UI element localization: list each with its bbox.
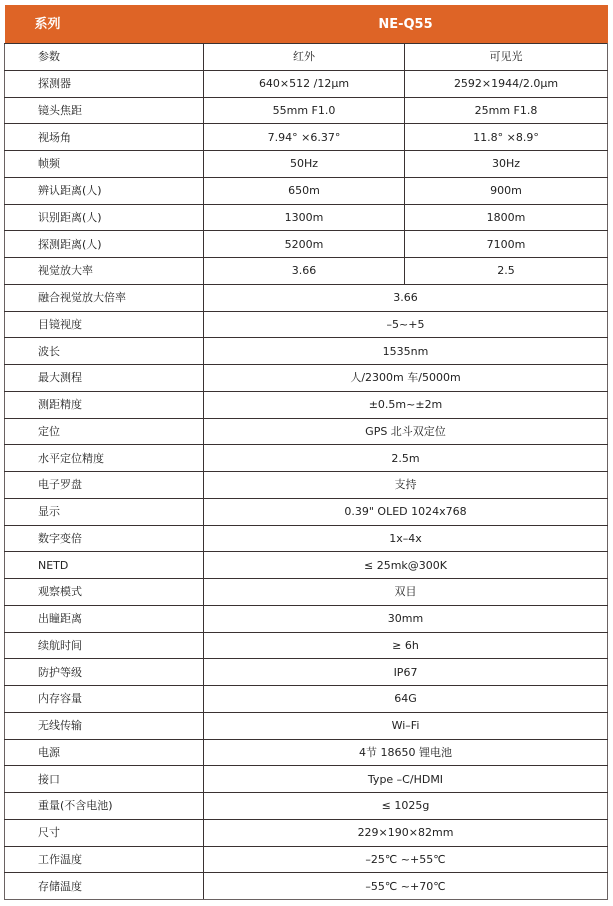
series-header-row: 系列 NE-Q55 [5, 5, 608, 44]
row-value: 人/2300m 车/5000m [204, 365, 608, 392]
table-row: 探测距离(人)5200m7100m [5, 231, 608, 258]
row-value: IP67 [204, 659, 608, 686]
row-value: ≤ 1025g [204, 793, 608, 820]
row-value: 1535nm [204, 338, 608, 365]
table-row: 水平定位精度2.5m [5, 445, 608, 472]
infrared-value: 7.94° ×6.37° [204, 124, 405, 151]
row-label: 波长 [5, 338, 204, 365]
row-label: 探测距离(人) [5, 231, 204, 258]
infrared-value: 5200m [204, 231, 405, 258]
infrared-value: 640×512 /12μm [204, 70, 405, 97]
row-label: 尺寸 [5, 819, 204, 846]
row-value: –55℃ ~+70℃ [204, 873, 608, 900]
row-label: 显示 [5, 498, 204, 525]
row-value: ±0.5m~±2m [204, 391, 608, 418]
infrared-value: 650m [204, 177, 405, 204]
table-row: 电子罗盘支持 [5, 472, 608, 499]
infrared-value: 50Hz [204, 151, 405, 178]
row-value: 2.5m [204, 445, 608, 472]
row-value: Wi–Fi [204, 712, 608, 739]
row-value: 229×190×82mm [204, 819, 608, 846]
row-label: 接口 [5, 766, 204, 793]
table-row: 观察模式双目 [5, 579, 608, 606]
column-header-row: 参数 红外 可见光 [5, 44, 608, 71]
row-value: 双目 [204, 579, 608, 606]
row-value: 64G [204, 686, 608, 713]
row-value: GPS 北斗双定位 [204, 418, 608, 445]
table-row: 显示0.39" OLED 1024x768 [5, 498, 608, 525]
table-row: 工作温度–25℃ ~+55℃ [5, 846, 608, 873]
model-name: NE-Q55 [204, 5, 608, 44]
row-label: 续航时间 [5, 632, 204, 659]
table-row: 电源4节 18650 锂电池 [5, 739, 608, 766]
series-label: 系列 [5, 5, 204, 44]
table-row: 防护等级IP67 [5, 659, 608, 686]
row-value: 0.39" OLED 1024x768 [204, 498, 608, 525]
visible-value: 900m [405, 177, 608, 204]
row-label: 防护等级 [5, 659, 204, 686]
row-label: 探测器 [5, 70, 204, 97]
table-row: 存储温度–55℃ ~+70℃ [5, 873, 608, 900]
row-value: ≤ 25mk@300K [204, 552, 608, 579]
table-row: 视觉放大率3.662.5 [5, 258, 608, 285]
table-row: 探测器640×512 /12μm2592×1944/2.0μm [5, 70, 608, 97]
param-header: 参数 [5, 44, 204, 71]
visible-value: 7100m [405, 231, 608, 258]
visible-header: 可见光 [405, 44, 608, 71]
row-label: 视觉放大率 [5, 258, 204, 285]
row-value: 1x–4x [204, 525, 608, 552]
row-value: 3.66 [204, 284, 608, 311]
table-row: 定位GPS 北斗双定位 [5, 418, 608, 445]
table-row: 重量(不含电池)≤ 1025g [5, 793, 608, 820]
spec-table: 系列 NE-Q55 参数 红外 可见光 探测器640×512 /12μm2592… [4, 5, 608, 900]
row-label: 测距精度 [5, 391, 204, 418]
table-row: 测距精度±0.5m~±2m [5, 391, 608, 418]
table-row: 内存容量64G [5, 686, 608, 713]
table-row: 续航时间≥ 6h [5, 632, 608, 659]
table-row: 数字变倍1x–4x [5, 525, 608, 552]
row-label: 出瞳距离 [5, 605, 204, 632]
table-row: NETD≤ 25mk@300K [5, 552, 608, 579]
visible-value: 1800m [405, 204, 608, 231]
row-label: 水平定位精度 [5, 445, 204, 472]
visible-value: 2592×1944/2.0μm [405, 70, 608, 97]
row-label: 辨认距离(人) [5, 177, 204, 204]
table-row: 波长1535nm [5, 338, 608, 365]
row-value: 4节 18650 锂电池 [204, 739, 608, 766]
infrared-header: 红外 [204, 44, 405, 71]
row-label: 存储温度 [5, 873, 204, 900]
visible-value: 25mm F1.8 [405, 97, 608, 124]
row-label: 数字变倍 [5, 525, 204, 552]
table-row: 帧频50Hz30Hz [5, 151, 608, 178]
row-value: –5~+5 [204, 311, 608, 338]
row-label: 视场角 [5, 124, 204, 151]
row-label: 镜头焦距 [5, 97, 204, 124]
table-row: 辨认距离(人)650m900m [5, 177, 608, 204]
row-label: 电子罗盘 [5, 472, 204, 499]
row-label: 帧频 [5, 151, 204, 178]
visible-value: 2.5 [405, 258, 608, 285]
table-row: 最大测程人/2300m 车/5000m [5, 365, 608, 392]
row-label: 观察模式 [5, 579, 204, 606]
table-row: 无线传输Wi–Fi [5, 712, 608, 739]
visible-value: 30Hz [405, 151, 608, 178]
infrared-value: 3.66 [204, 258, 405, 285]
row-label: 无线传输 [5, 712, 204, 739]
row-label: 目镜视度 [5, 311, 204, 338]
row-label: 融合视觉放大倍率 [5, 284, 204, 311]
row-label: 定位 [5, 418, 204, 445]
table-row: 出瞳距离30mm [5, 605, 608, 632]
row-value: 30mm [204, 605, 608, 632]
table-row: 目镜视度–5~+5 [5, 311, 608, 338]
row-label: NETD [5, 552, 204, 579]
row-label: 重量(不含电池) [5, 793, 204, 820]
row-label: 识别距离(人) [5, 204, 204, 231]
table-row: 接口Type –C/HDMI [5, 766, 608, 793]
row-label: 最大测程 [5, 365, 204, 392]
row-value: 支持 [204, 472, 608, 499]
row-label: 电源 [5, 739, 204, 766]
row-label: 内存容量 [5, 686, 204, 713]
table-row: 融合视觉放大倍率3.66 [5, 284, 608, 311]
visible-value: 11.8° ×8.9° [405, 124, 608, 151]
table-row: 识别距离(人)1300m1800m [5, 204, 608, 231]
row-value: –25℃ ~+55℃ [204, 846, 608, 873]
infrared-value: 55mm F1.0 [204, 97, 405, 124]
infrared-value: 1300m [204, 204, 405, 231]
row-value: Type –C/HDMI [204, 766, 608, 793]
table-row: 镜头焦距55mm F1.025mm F1.8 [5, 97, 608, 124]
row-label: 工作温度 [5, 846, 204, 873]
table-row: 尺寸229×190×82mm [5, 819, 608, 846]
table-row: 视场角7.94° ×6.37°11.8° ×8.9° [5, 124, 608, 151]
row-value: ≥ 6h [204, 632, 608, 659]
